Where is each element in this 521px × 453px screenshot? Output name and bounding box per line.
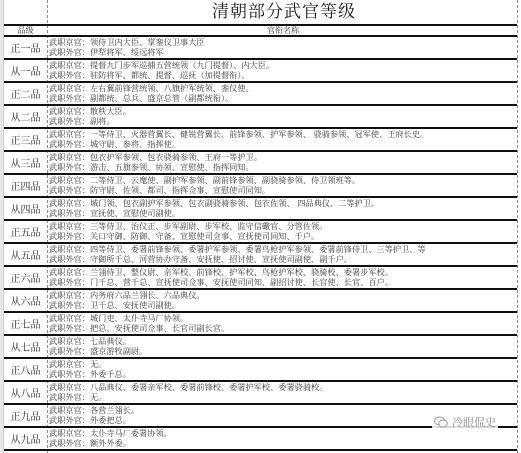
capital-label: 武职京官： xyxy=(49,152,90,162)
capital-line: 武职京官：二等侍卫、云麾使、副护军参领、副前锋参领、副骁骑参领、侍卫领班等。 xyxy=(49,175,517,185)
provincial-label: 武职外官： xyxy=(49,346,90,356)
grade-cell: 从七品 xyxy=(4,336,47,357)
table-row: 正四品武职京官：二等侍卫、云麾使、副护军参领、副前锋参领、副骁骑参领、侍卫领班等… xyxy=(4,173,517,196)
table-row: 从五品武职京官：四等侍卫、委署前锋参领、委署护军参领、委署鸟枪护军参领、委署前锋… xyxy=(4,242,517,265)
page-break-line xyxy=(517,0,518,453)
table-row: 从三品武职京官：包衣护军参领、包衣骁骑参领、王府一等护卫。武职外官：游击、五旗参… xyxy=(4,150,517,173)
grade-cell: 正二品 xyxy=(4,83,47,104)
provincial-line: 武职外官：门千总、营千总、宣抚使司佥事、安抚使司同知、副招讨使、长官使、长官、百… xyxy=(49,277,517,287)
provincial-label: 武职外官： xyxy=(49,323,90,333)
provincial-titles: 守御所千总、河营协办守备、安抚使、招讨使、宣抚使司副使、副千户。 xyxy=(90,254,352,264)
provincial-titles: 伊犁将军、绥远将军 xyxy=(90,47,164,57)
grade-cell: 从六品 xyxy=(4,290,47,311)
capital-titles: 一等侍卫、火器营翼长、健锐营翼长、前锋参领、护军参领、 骁骑参领、冠军使、王府长… xyxy=(90,129,428,139)
grade-cell: 从一品 xyxy=(4,60,47,81)
grade-cell: 正六品 xyxy=(4,267,47,288)
table-row: 正五品武职京官：三等侍卫、治仪正、步军副尉、步军校、监守信礮官、分管佐领。武职外… xyxy=(4,219,517,242)
titles-cell: 武职京官：提督九门步军巡捕五营统领（九门提督）、内大臣。武职外官：驻防将军、都统… xyxy=(48,60,517,81)
grade-cell: 正一品 xyxy=(4,37,47,58)
titles-cell: 武职京官：二等侍卫、云麾使、副护军参领、副前锋参领、副骁骑参领、侍卫领班等。武职… xyxy=(48,175,517,196)
provincial-line: 武职外官：外委千总。 xyxy=(49,369,517,379)
capital-line: 武职京官：领侍卫内大臣、掌銮仪卫事大臣 xyxy=(49,37,517,47)
table-row: 从七品武职京官：七品典仪。武职外官：盛京游牧副尉。 xyxy=(4,334,517,357)
grade-cell: 从二品 xyxy=(4,106,47,127)
capital-line: 武职京官：城门吏、太仆寺马厂协领。 xyxy=(49,313,517,323)
capital-line: 武职京官：提督九门步军巡捕五营统领（九门提督）、内大臣。 xyxy=(49,60,517,70)
provincial-line: 武职外官：驻防将军、都统、提督、巡抚（加提督衔）。 xyxy=(49,70,517,80)
provincial-label: 武职外官： xyxy=(49,300,90,310)
provincial-line: 武职外官：守御所千总、河营协办守备、安抚使、招讨使、宣抚使司副使、副千户。 xyxy=(49,254,517,264)
capital-titles: 散秩大臣。 xyxy=(90,106,131,116)
capital-label: 武职京官： xyxy=(49,198,90,208)
provincial-titles: 卫千总、安抚使司副使。 xyxy=(90,300,180,310)
titles-cell: 武职京官：包衣护军参领、包衣骁骑参领、王府一等护卫。武职外官：游击、五旗参领、协… xyxy=(48,152,517,173)
provincial-titles: 外委把总。 xyxy=(90,415,131,425)
capital-line: 武职京官：无。 xyxy=(49,359,517,369)
capital-label: 武职京官： xyxy=(49,336,90,346)
titles-cell: 武职京官：左右翼前锋营统领、八旗护军统领、銮仪使。武职外官：副都统、总兵、盛京总… xyxy=(48,83,517,104)
capital-label: 武职京官： xyxy=(49,106,90,116)
titles-cell: 武职京官：八品典仪、委署亲军校、委署前锋校、委署护军校、委署骁骑校。武职外官：无… xyxy=(48,382,517,403)
header-grade: 品级 xyxy=(4,26,47,35)
spreadsheet-sheet: 清朝部分武官等级 品级 官衔名称 正一品武职京官：领侍卫内大臣、掌銮仪卫事大臣武… xyxy=(0,0,521,453)
table-bottom-border xyxy=(4,449,517,451)
provincial-line: 武职外官：额外外委。 xyxy=(49,438,517,448)
capital-line: 武职京官：一等侍卫、火器营翼长、健锐营翼长、前锋参领、护军参领、 骁骑参领、冠军… xyxy=(49,129,517,139)
titles-cell: 武职京官：一等侍卫、火器营翼长、健锐营翼长、前锋参领、护军参领、 骁骑参领、冠军… xyxy=(48,129,517,150)
provincial-line: 武职外官：卫千总、安抚使司副使。 xyxy=(49,300,517,310)
provincial-titles: 防守尉、佐领、都司、指挥佥事、宣慰使司同知。 xyxy=(90,185,270,195)
provincial-label: 武职外官： xyxy=(49,254,90,264)
capital-label: 武职京官： xyxy=(49,405,90,415)
grade-cell: 正三品 xyxy=(4,129,47,150)
titles-cell: 武职京官：太仆寺马厂委署协领。武职外官：额外外委。 xyxy=(48,428,517,449)
table-row: 从四品武职京官：城门领、包衣副护军参领、包衣副骁骑参领、包衣佐领、 四品典仪、二… xyxy=(4,196,517,219)
capital-line: 武职京官：左右翼前锋营统领、八旗护军统领、銮仪使。 xyxy=(49,83,517,93)
watermark-text: 冷眼侃史 xyxy=(452,414,496,430)
provincial-label: 武职外官： xyxy=(49,185,90,195)
provincial-line: 武职外官：副将。 xyxy=(49,116,517,126)
provincial-label: 武职外官： xyxy=(49,47,90,57)
capital-line: 武职京官：三等侍卫、治仪正、步军副尉、步军校、监守信礮官、分管佐领。 xyxy=(49,221,517,231)
capital-titles: 各营兰翎长。 xyxy=(90,405,139,415)
table-row: 从二品武职京官：散秩大臣。武职外官：副将。 xyxy=(4,104,517,127)
wechat-icon xyxy=(434,416,448,428)
grade-cell: 正八品 xyxy=(4,359,47,380)
capital-label: 武职京官： xyxy=(49,359,90,369)
capital-titles: 八品典仪、委署亲军校、委署前锋校、委署护军校、委署骁骑校。 xyxy=(90,382,327,392)
grade-cell: 正四品 xyxy=(4,175,47,196)
table-row: 从六品武职京官：内务府六品兰翎长、六品典仪。武职外官：卫千总、安抚使司副使。 xyxy=(4,288,517,311)
provincial-label: 武职外官： xyxy=(49,369,90,379)
provincial-line: 武职外官：关口守御、防御、守备、宣慰使司佥事、宣抚使司同知、千户。 xyxy=(49,231,517,241)
provincial-line: 武职外官：盛京游牧副尉。 xyxy=(49,346,517,356)
capital-line: 武职京官：八品典仪、委署亲军校、委署前锋校、委署护军校、委署骁骑校。 xyxy=(49,382,517,392)
provincial-titles: 城守尉、参将、指挥使。 xyxy=(90,139,180,149)
titles-cell: 武职京官：内务府六品兰翎长、六品典仪。武职外官：卫千总、安抚使司副使。 xyxy=(48,290,517,311)
provincial-label: 武职外官： xyxy=(49,116,90,126)
capital-line: 武职京官：散秩大臣。 xyxy=(49,106,517,116)
grade-cell: 从三品 xyxy=(4,152,47,173)
titles-cell: 武职京官：四等侍卫、委署前锋参领、委署护军参领、委署鸟枪护军参领、委署前锋侍卫、… xyxy=(48,244,517,265)
provincial-line: 武职外官：把总、安抚使司佥事、长官司副长官。 xyxy=(49,323,517,333)
capital-titles: 左右翼前锋营统领、八旗护军统领、銮仪使。 xyxy=(90,83,254,93)
grade-cell: 从八品 xyxy=(4,382,47,403)
capital-label: 武职京官： xyxy=(49,428,90,438)
provincial-label: 武职外官： xyxy=(49,93,90,103)
grade-cell: 正七品 xyxy=(4,313,47,334)
provincial-line: 武职外官：无。 xyxy=(49,392,517,402)
capital-titles: 七品典仪。 xyxy=(90,336,131,346)
grade-cell: 从五品 xyxy=(4,244,47,265)
capital-line: 武职京官：内务府六品兰翎长、六品典仪。 xyxy=(49,290,517,300)
provincial-line: 武职外官：伊犁将军、绥远将军 xyxy=(49,47,517,57)
table-body: 正一品武职京官：领侍卫内大臣、掌銮仪卫事大臣武职外官：伊犁将军、绥远将军从一品武… xyxy=(4,35,517,449)
capital-titles: 太仆寺马厂委署协领。 xyxy=(90,428,172,438)
provincial-label: 武职外官： xyxy=(49,438,90,448)
capital-titles: 领侍卫内大臣、掌銮仪卫事大臣 xyxy=(90,37,205,47)
provincial-label: 武职外官： xyxy=(49,139,90,149)
capital-label: 武职京官： xyxy=(49,37,90,47)
capital-titles: 二等侍卫、云麾使、副护军参领、副前锋参领、副骁骑参领、侍卫领班等。 xyxy=(90,175,360,185)
capital-label: 武职京官： xyxy=(49,175,90,185)
capital-titles: 城门吏、太仆寺马厂协领。 xyxy=(90,313,188,323)
capital-label: 武职京官： xyxy=(49,267,90,277)
provincial-titles: 门千总、营千总、宣抚使司佥事、安抚使司同知、副招讨使、长官使、长官、百户。 xyxy=(90,277,393,287)
provincial-line: 武职外官：游击、五旗参领、协领、宣慰使、指挥同知。 xyxy=(49,162,517,172)
titles-cell: 武职京官：三等侍卫、治仪正、步军副尉、步军校、监守信礮官、分管佐领。武职外官：关… xyxy=(48,221,517,242)
capital-titles: 四等侍卫、委署前锋参领、委署护军参领、委署鸟枪护军参领、委署前锋侍卫、三等护卫、… xyxy=(90,244,426,254)
titles-cell: 武职京官：无。武职外官：外委千总。 xyxy=(48,359,517,380)
capital-titles: 城门领、包衣副护军参领、包衣副骁骑参领、包衣佐领、 四品典仪、二等护卫。 xyxy=(90,198,379,208)
header-titles: 官衔名称 xyxy=(48,26,517,35)
grade-cell: 从九品 xyxy=(4,428,47,449)
capital-label: 武职京官： xyxy=(49,221,90,231)
provincial-titles: 驻防将军、都统、提督、巡抚（加提督衔）。 xyxy=(90,70,250,80)
titles-cell: 武职京官：城门吏、太仆寺马厂协领。武职外官：把总、安抚使司佥事、长官司副长官。 xyxy=(48,313,517,334)
capital-label: 武职京官： xyxy=(49,83,90,93)
capital-titles: 提督九门步军巡捕五营统领（九门提督）、内大臣。 xyxy=(90,60,274,70)
provincial-line: 武职外官：防守尉、佐领、都司、指挥佥事、宣慰使司同知。 xyxy=(49,185,517,195)
provincial-line: 武职外官：副都统、总兵、盛京总管（副都统衔）。 xyxy=(49,93,517,103)
capital-label: 武职京官： xyxy=(49,290,90,300)
titles-cell: 武职京官：散秩大臣。武职外官：副将。 xyxy=(48,106,517,127)
provincial-line: 武职外官：城守尉、参将、指挥使。 xyxy=(49,139,517,149)
titles-cell: 武职京官：领侍卫内大臣、掌銮仪卫事大臣武职外官：伊犁将军、绥远将军 xyxy=(48,37,517,58)
provincial-titles: 副将。 xyxy=(90,116,115,126)
provincial-line: 武职外官：宣抚使、宣慰使司副使。 xyxy=(49,208,517,218)
capital-label: 武职京官： xyxy=(49,60,90,70)
table-row: 正一品武职京官：领侍卫内大臣、掌銮仪卫事大臣武职外官：伊犁将军、绥远将军 xyxy=(4,35,517,58)
titles-cell: 武职京官：城门领、包衣副护军参领、包衣副骁骑参领、包衣佐领、 四品典仪、二等护卫… xyxy=(48,198,517,219)
provincial-titles: 无。 xyxy=(90,392,106,402)
capital-titles: 无。 xyxy=(90,359,106,369)
provincial-label: 武职外官： xyxy=(49,208,90,218)
capital-label: 武职京官： xyxy=(49,382,90,392)
capital-line: 武职京官：七品典仪。 xyxy=(49,336,517,346)
capital-label: 武职京官： xyxy=(49,129,90,139)
provincial-titles: 把总、安抚使司佥事、长官司副长官。 xyxy=(90,323,229,333)
capital-label: 武职京官： xyxy=(49,244,90,254)
table-row: 正二品武职京官：左右翼前锋营统领、八旗护军统领、銮仪使。武职外官：副都统、总兵、… xyxy=(4,81,517,104)
watermark: 冷眼侃史 xyxy=(432,414,498,430)
provincial-titles: 游击、五旗参领、协领、宣慰使、指挥同知。 xyxy=(90,162,254,172)
capital-line: 武职京官：兰翎侍卫、整仪尉、亲军校、前锋校、护军校、鸟枪护军校、骁骑校、委署步军… xyxy=(49,267,517,277)
grade-cell: 正五品 xyxy=(4,221,47,242)
capital-label: 武职京官： xyxy=(49,313,90,323)
page-title: 清朝部分武官等级 xyxy=(51,1,517,23)
table-row: 正三品武职京官：一等侍卫、火器营翼长、健锐营翼长、前锋参领、护军参领、 骁骑参领… xyxy=(4,127,517,150)
titles-cell: 武职京官：兰翎侍卫、整仪尉、亲军校、前锋校、护军校、鸟枪护军校、骁骑校、委署步军… xyxy=(48,267,517,288)
table-row: 从八品武职京官：八品典仪、委署亲军校、委署前锋校、委署护军校、委署骁骑校。武职外… xyxy=(4,380,517,403)
table-row: 从一品武职京官：提督九门步军巡捕五营统领（九门提督）、内大臣。武职外官：驻防将军… xyxy=(4,58,517,81)
provincial-titles: 副都统、总兵、盛京总管（副都统衔）。 xyxy=(90,93,233,103)
rank-table: 品级 官衔名称 正一品武职京官：领侍卫内大臣、掌銮仪卫事大臣武职外官：伊犁将军、… xyxy=(4,24,517,449)
title-row: 清朝部分武官等级 xyxy=(4,0,517,24)
table-row: 正七品武职京官：城门吏、太仆寺马厂协领。武职外官：把总、安抚使司佥事、长官司副长… xyxy=(4,311,517,334)
provincial-label: 武职外官： xyxy=(49,392,90,402)
provincial-titles: 盛京游牧副尉。 xyxy=(90,346,147,356)
table-header-row: 品级 官衔名称 xyxy=(4,24,517,35)
capital-line: 武职京官：四等侍卫、委署前锋参领、委署护军参领、委署鸟枪护军参领、委署前锋侍卫、… xyxy=(49,244,517,254)
provincial-label: 武职外官： xyxy=(49,415,90,425)
capital-line: 武职京官：包衣护军参领、包衣骁骑参领、王府一等护卫。 xyxy=(49,152,517,162)
capital-titles: 三等侍卫、治仪正、步军副尉、步军校、监守信礮官、分管佐领。 xyxy=(90,221,327,231)
titles-cell: 武职京官：七品典仪。武职外官：盛京游牧副尉。 xyxy=(48,336,517,357)
grade-cell: 正九品 xyxy=(4,405,47,426)
provincial-titles: 外委千总。 xyxy=(90,369,131,379)
capital-titles: 包衣护军参领、包衣骁骑参领、王府一等护卫。 xyxy=(90,152,262,162)
capital-titles: 内务府六品兰翎长、六品典仪。 xyxy=(90,290,205,300)
capital-titles: 兰翎侍卫、整仪尉、亲军校、前锋校、护军校、鸟枪护军校、骁骑校、委署步军校。 xyxy=(90,267,393,277)
provincial-label: 武职外官： xyxy=(49,231,90,241)
provincial-label: 武职外官： xyxy=(49,162,90,172)
table-row: 正六品武职京官：兰翎侍卫、整仪尉、亲军校、前锋校、护军校、鸟枪护军校、骁骑校、委… xyxy=(4,265,517,288)
grade-cell: 从四品 xyxy=(4,198,47,219)
provincial-label: 武职外官： xyxy=(49,277,90,287)
table-row: 正八品武职京官：无。武职外官：外委千总。 xyxy=(4,357,517,380)
provincial-titles: 关口守御、防御、守备、宣慰使司佥事、宣抚使司同知、千户。 xyxy=(90,231,319,241)
provincial-label: 武职外官： xyxy=(49,70,90,80)
provincial-titles: 宣抚使、宣慰使司副使。 xyxy=(90,208,180,218)
capital-line: 武职京官：城门领、包衣副护军参领、包衣副骁骑参领、包衣佐领、 四品典仪、二等护卫… xyxy=(49,198,517,208)
provincial-titles: 额外外委。 xyxy=(90,438,131,448)
